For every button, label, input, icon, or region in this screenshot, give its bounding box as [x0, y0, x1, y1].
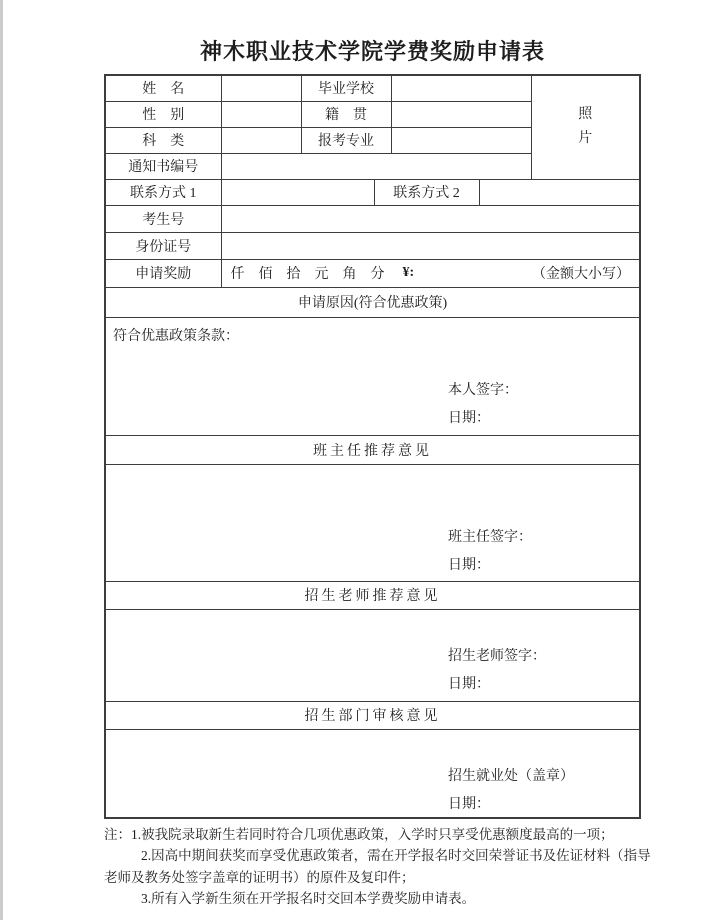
major-value-cell — [391, 127, 531, 153]
reward-amount-row: 仟 佰 拾 元 角 分 ¥: （金额大小写） — [222, 263, 640, 283]
admission-teacher-sign-block: 招生老师签字： 日期： — [448, 648, 546, 693]
note-line-3: 老师及教务处签字盖章的证明书）的原件及复印件； — [104, 867, 660, 889]
grad-school-value-cell — [391, 75, 531, 101]
major-label: 报考专业 — [301, 127, 391, 153]
section-body-admission-teacher: 招生老师签字： 日期： — [105, 609, 640, 701]
table-row: 班主任推荐意见 — [105, 435, 640, 464]
grad-school-label: 毕业学校 — [301, 75, 391, 101]
reward-label: 申请奖励 — [105, 259, 221, 287]
reward-amount-cell: 仟 佰 拾 元 角 分 ¥: （金额大小写） — [221, 259, 640, 287]
name-label: 姓 名 — [105, 75, 221, 101]
head-teacher-area: 班主任签字： 日期： — [106, 465, 639, 581]
head-teacher-signature-label: 班主任签字： — [448, 529, 532, 546]
table-row: 招生就业处（盖章） 日期： — [105, 729, 640, 818]
date-label: 日期： — [448, 410, 518, 427]
amount-capital-note: （金额大小写） — [532, 263, 630, 283]
subject-value-cell — [221, 127, 301, 153]
table-row: 联系方式 1 联系方式 2 — [105, 179, 640, 205]
candidate-no-value-cell — [221, 205, 640, 232]
admission-teacher-signature-label: 招生老师签字： — [448, 648, 546, 665]
date-label: 日期： — [448, 557, 532, 574]
candidate-no-label: 考生号 — [105, 205, 221, 232]
contact1-value-cell — [221, 179, 374, 205]
native-place-value-cell — [391, 101, 531, 127]
table-row: 招生老师推荐意见 — [105, 581, 640, 609]
section-body-admission-dept: 招生就业处（盖章） 日期： — [105, 729, 640, 818]
id-no-label: 身份证号 — [105, 232, 221, 259]
gender-value-cell — [221, 101, 301, 127]
notice-no-value-cell — [221, 153, 531, 179]
table-row: 身份证号 — [105, 232, 640, 259]
contact1-label: 联系方式 1 — [105, 179, 221, 205]
scanned-form-page: 神木职业技术学院学费奖励申请表 姓 名 毕业学校 照片 性 别 — [0, 0, 716, 920]
note-line-4: 3.所有入学新生须在开学报名时交回本学费奖励申请表。 — [104, 888, 660, 910]
amount-units: 仟 佰 拾 元 角 分 — [231, 263, 385, 283]
applicant-signature-label: 本人签字： — [448, 382, 518, 399]
application-form-table: 姓 名 毕业学校 照片 性 别 籍 贯 科 类 报考专业 — [104, 74, 641, 819]
admission-dept-seal-label: 招生就业处（盖章） — [448, 768, 574, 785]
head-teacher-sign-block: 班主任签字： 日期： — [448, 529, 532, 574]
table-row: 考生号 — [105, 205, 640, 232]
table-row: 招生老师签字： 日期： — [105, 609, 640, 701]
page-title: 神木职业技术学院学费奖励申请表 — [104, 38, 641, 74]
gender-label: 性 别 — [105, 101, 221, 127]
id-no-value-cell — [221, 232, 640, 259]
admission-dept-area: 招生就业处（盖章） 日期： — [106, 730, 639, 817]
notice-no-label: 通知书编号 — [105, 153, 221, 179]
note-line-1: 注：1.被我院录取新生若同时符合几项优惠政策，入学时只享受优惠额度最高的一项； — [104, 824, 660, 846]
contact2-label: 联系方式 2 — [374, 179, 479, 205]
table-row: 姓 名 毕业学校 照片 — [105, 75, 640, 101]
table-row: 符合优惠政策条款： 本人签字： 日期： — [105, 317, 640, 435]
section-header-apply-reason: 申请原因(符合优惠政策) — [105, 287, 640, 317]
date-label: 日期： — [448, 676, 546, 693]
date-label: 日期： — [448, 796, 574, 813]
admission-dept-seal-block: 招生就业处（盖章） 日期： — [448, 768, 574, 813]
footnotes: 注：1.被我院录取新生若同时符合几项优惠政策，入学时只享受优惠额度最高的一项； … — [104, 824, 660, 910]
table-row: 申请奖励 仟 佰 拾 元 角 分 ¥: （金额大小写） — [105, 259, 640, 287]
admission-teacher-area: 招生老师签字： 日期： — [106, 610, 639, 701]
table-row: 招生部门审核意见 — [105, 701, 640, 729]
table-row: 申请原因(符合优惠政策) — [105, 287, 640, 317]
apply-reason-area: 符合优惠政策条款： 本人签字： 日期： — [106, 318, 639, 435]
native-place-label: 籍 贯 — [301, 101, 391, 127]
currency-symbol: ¥: — [403, 265, 415, 281]
form-content: 神木职业技术学院学费奖励申请表 姓 名 毕业学校 照片 性 别 — [104, 0, 641, 910]
section-body-apply-reason: 符合优惠政策条款： 本人签字： 日期： — [105, 317, 640, 435]
scan-edge — [0, 0, 3, 920]
name-value-cell — [221, 75, 301, 101]
contact2-value-cell — [479, 179, 640, 205]
photo-placeholder: 照片 — [531, 75, 640, 179]
policy-clause-label: 符合优惠政策条款： — [113, 325, 239, 345]
note-line-2: 2.因高中期间获奖而享受优惠政策者，需在开学报名时交回荣誉证书及佐证材料（指导 — [104, 845, 660, 867]
table-row: 班主任签字： 日期： — [105, 464, 640, 581]
section-body-head-teacher: 班主任签字： 日期： — [105, 464, 640, 581]
subject-label: 科 类 — [105, 127, 221, 153]
section-header-admission-teacher: 招生老师推荐意见 — [105, 581, 640, 609]
section-header-admission-dept: 招生部门审核意见 — [105, 701, 640, 729]
photo-label: 照片 — [577, 103, 593, 151]
applicant-sign-block: 本人签字： 日期： — [448, 382, 518, 427]
section-header-head-teacher: 班主任推荐意见 — [105, 435, 640, 464]
